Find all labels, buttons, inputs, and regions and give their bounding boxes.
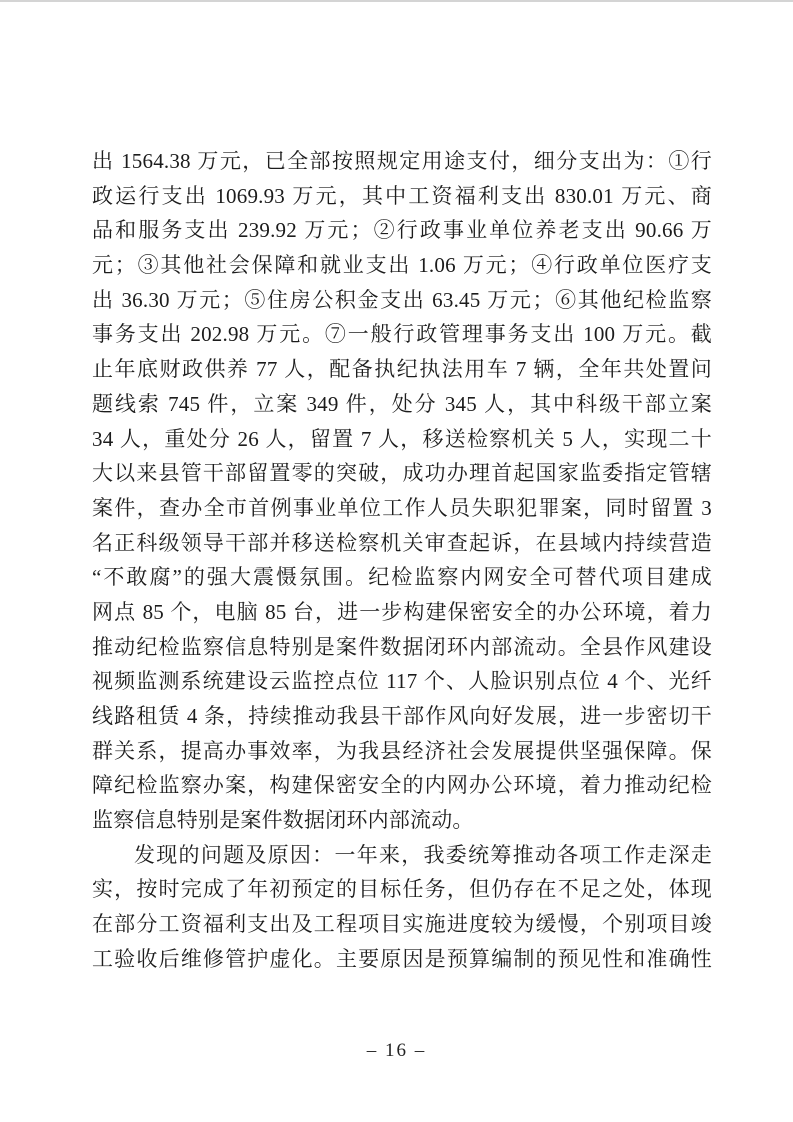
text-line: 群关系，提高办事效率，为我县经济社会发展提供坚强保障。保 [92,734,712,769]
text-line: 止年底财政供养 77 人，配备执纪执法用车 7 辆，全年共处置问 [92,352,712,387]
text-line: 出 1564.38 万元，已全部按照规定用途支付，细分支出为：①行 [92,144,712,179]
text-line: 名正科级领导干部并移送检察机关审查起诉，在县域内持续营造 [92,526,712,561]
text-line: “不敢腐”的强大震慑氛围。纪检监察内网安全可替代项目建成 [92,560,712,595]
page-footer: – 16 – [0,1040,793,1062]
text-line: 线路租赁 4 条，持续推动我县干部作风向好发展，进一步密切干 [92,699,712,734]
text-line: 政运行支出 1069.93 万元，其中工资福利支出 830.01 万元、商 [92,179,712,214]
text-line: 出 36.30 万元；⑤住房公积金支出 63.45 万元；⑥其他纪检监察 [92,283,712,318]
document-page: 出 1564.38 万元，已全部按照规定用途支付，细分支出为：①行政运行支出 1… [0,0,793,1122]
document-text: 出 1564.38 万元，已全部按照规定用途支付，细分支出为：①行政运行支出 1… [92,144,712,977]
text-line: 题线索 745 件，立案 349 件，处分 345 人，其中科级干部立案 [92,387,712,422]
text-line: 事务支出 202.98 万元。⑦一般行政管理事务支出 100 万元。截 [92,317,712,352]
text-line: 推动纪检监察信息特别是案件数据闭环内部流动。全县作风建设 [92,630,712,665]
text-line: 34 人，重处分 26 人，留置 7 人，移送检察机关 5 人，实现二十 [92,422,712,457]
text-line: 在部分工资福利支出及工程项目实施进度较为缓慢，个别项目竣 [92,907,712,942]
text-line: 工验收后维修管护虚化。主要原因是预算编制的预见性和准确性 [92,942,712,977]
page-top-edge-line [0,0,793,2]
text-line: 案件，查办全市首例事业单位工作人员失职犯罪案，同时留置 3 [92,491,712,526]
text-line: 网点 85 个，电脑 85 台，进一步构建保密安全的办公环境，着力 [92,595,712,630]
text-line: 障纪检监察办案，构建保密安全的内网办公环境，着力推动纪检 [92,768,712,803]
text-line: 监察信息特别是案件数据闭环内部流动。 [92,803,712,838]
text-line: 品和服务支出 239.92 万元；②行政事业单位养老支出 90.66 万 [92,213,712,248]
text-line: 发现的问题及原因：一年来，我委统筹推动各项工作走深走 [92,838,712,873]
text-line: 元；③其他社会保障和就业支出 1.06 万元；④行政单位医疗支 [92,248,712,283]
text-line: 实，按时完成了年初预定的目标任务，但仍存在不足之处，体现 [92,872,712,907]
page-number: – 16 – [367,1040,427,1061]
text-line: 视频监测系统建设云监控点位 117 个、人脸识别点位 4 个、光纤 [92,664,712,699]
text-line: 大以来县管干部留置零的突破，成功办理首起国家监委指定管辖 [92,456,712,491]
